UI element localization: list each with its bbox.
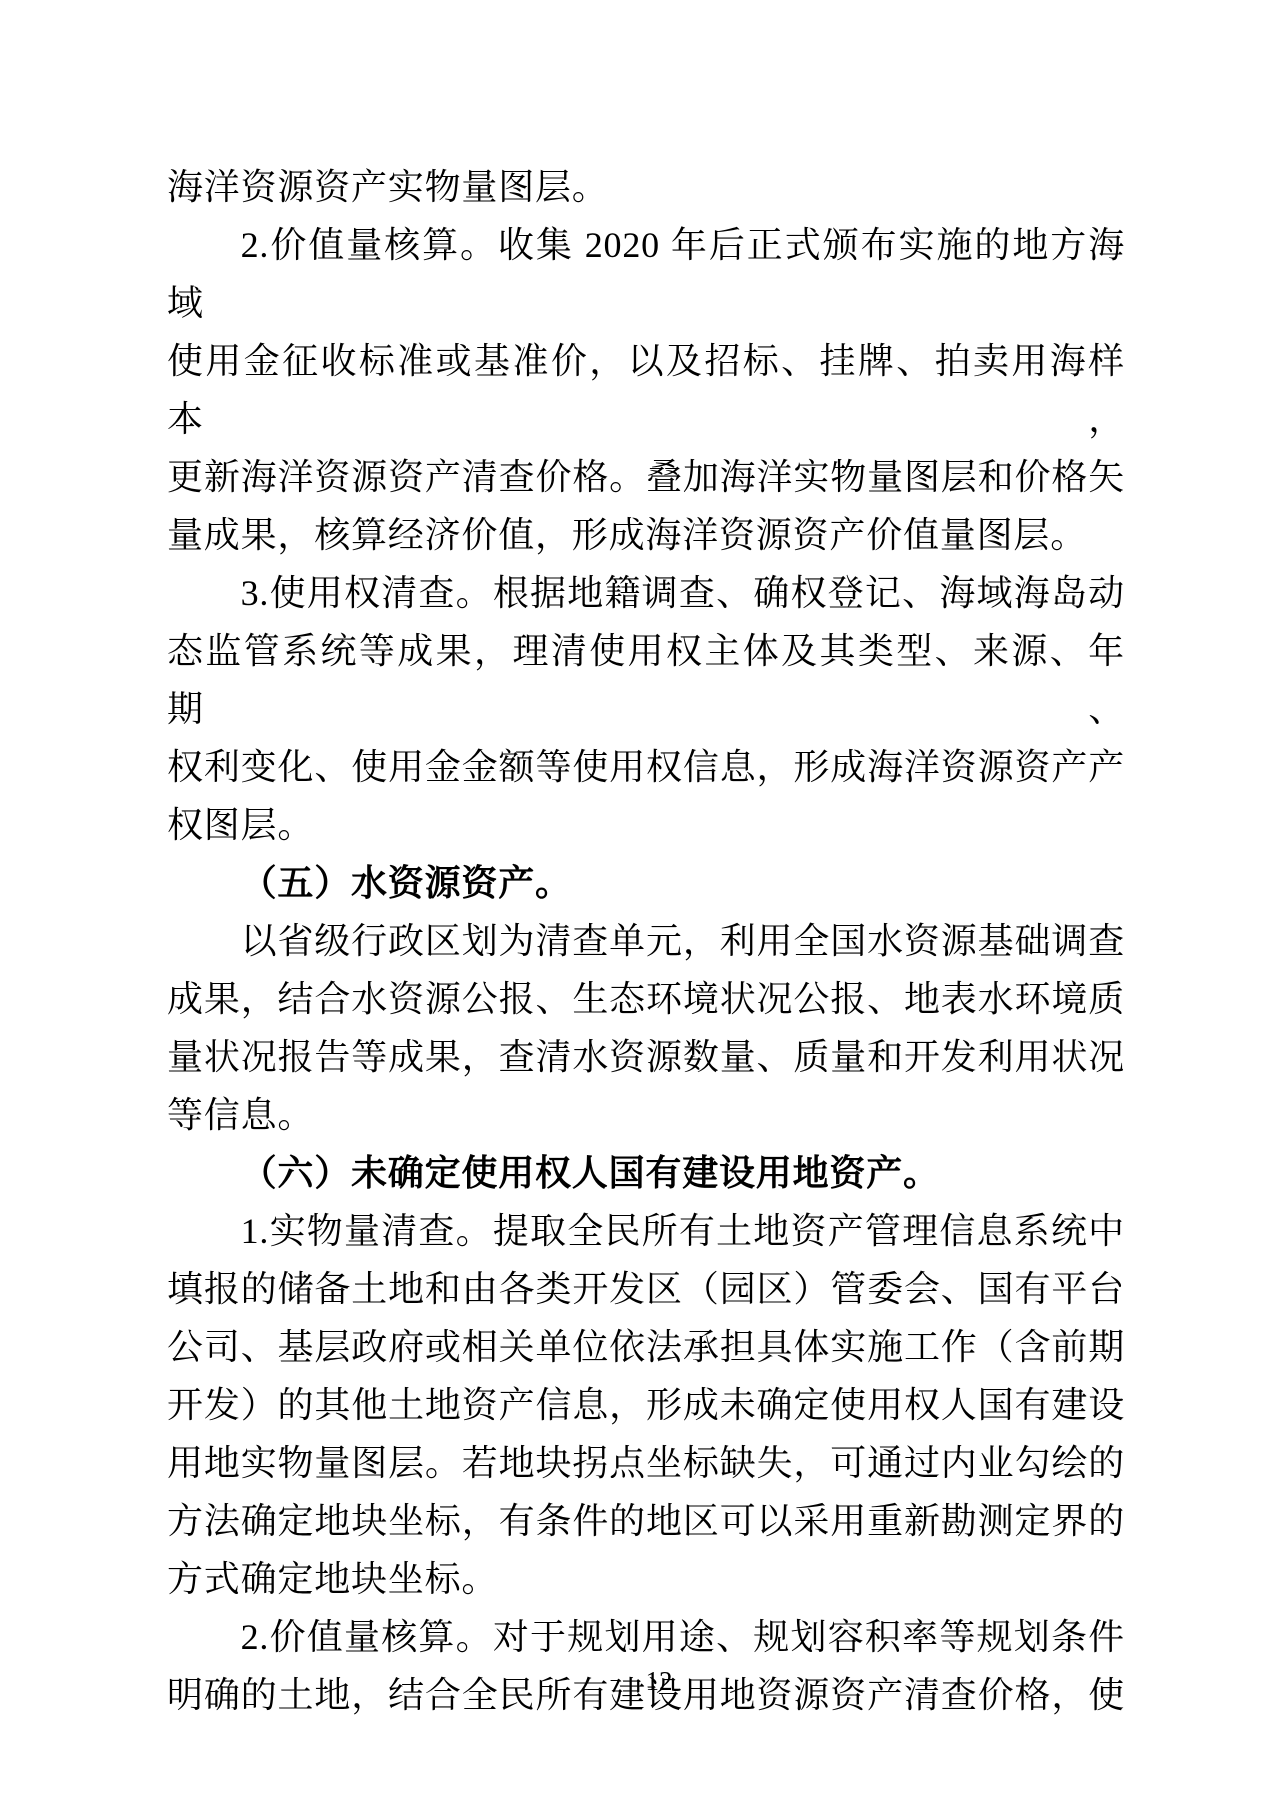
text-line: 方式确定地块坐标。 bbox=[167, 1550, 1125, 1608]
text-line: 以省级行政区划为清查单元，利用全国水资源基础调查 bbox=[167, 912, 1125, 970]
text-line: 用地实物量图层。若地块拐点坐标缺失，可通过内业勾绘的 bbox=[167, 1434, 1125, 1492]
text-line: 2.价值量核算。对于规划用途、规划容积率等规划条件 bbox=[167, 1608, 1125, 1666]
text-line: 更新海洋资源资产清查价格。叠加海洋实物量图层和价格矢 bbox=[167, 448, 1125, 506]
text-line: 开发）的其他土地资产信息，形成未确定使用权人国有建设 bbox=[167, 1376, 1125, 1434]
text-line: 方法确定地块坐标，有条件的地区可以采用重新勘测定界的 bbox=[167, 1492, 1125, 1550]
text-line: 使用金征收标准或基准价，以及招标、挂牌、拍卖用海样本， bbox=[167, 332, 1125, 448]
page-number: 12 bbox=[646, 1666, 673, 1696]
text-line: 权图层。 bbox=[167, 796, 1125, 854]
text-line: 量状况报告等成果，查清水资源数量、质量和开发利用状况 bbox=[167, 1028, 1125, 1086]
text-line: 2.价值量核算。收集 2020 年后正式颁布实施的地方海域 bbox=[167, 216, 1125, 332]
document-body: 海洋资源资产实物量图层。2.价值量核算。收集 2020 年后正式颁布实施的地方海… bbox=[167, 158, 1125, 1724]
text-line: 量成果，核算经济价值，形成海洋资源资产价值量图层。 bbox=[167, 506, 1125, 564]
text-line: 成果，结合水资源公报、生态环境状况公报、地表水环境质 bbox=[167, 970, 1125, 1028]
text-line: 等信息。 bbox=[167, 1086, 1125, 1144]
text-line: 态监管系统等成果，理清使用权主体及其类型、来源、年期、 bbox=[167, 622, 1125, 738]
text-line: 公司、基层政府或相关单位依法承担具体实施工作（含前期 bbox=[167, 1318, 1125, 1376]
text-line: 1.实物量清查。提取全民所有土地资产管理信息系统中 bbox=[167, 1202, 1125, 1260]
text-line: 海洋资源资产实物量图层。 bbox=[167, 158, 1125, 216]
page-footer: 12 bbox=[19, 1665, 1280, 1697]
text-line: 3.使用权清查。根据地籍调查、确权登记、海域海岛动 bbox=[167, 564, 1125, 622]
text-line: 填报的储备土地和由各类开发区（园区）管委会、国有平台 bbox=[167, 1260, 1125, 1318]
section-heading-line: （六）未确定使用权人国有建设用地资产。 bbox=[167, 1144, 1125, 1202]
section-heading-line: （五）水资源资产。 bbox=[167, 854, 1125, 912]
document-page: 海洋资源资产实物量图层。2.价值量核算。收集 2020 年后正式颁布实施的地方海… bbox=[0, 0, 1280, 1810]
text-line: 权利变化、使用金金额等使用权信息，形成海洋资源资产产 bbox=[167, 738, 1125, 796]
